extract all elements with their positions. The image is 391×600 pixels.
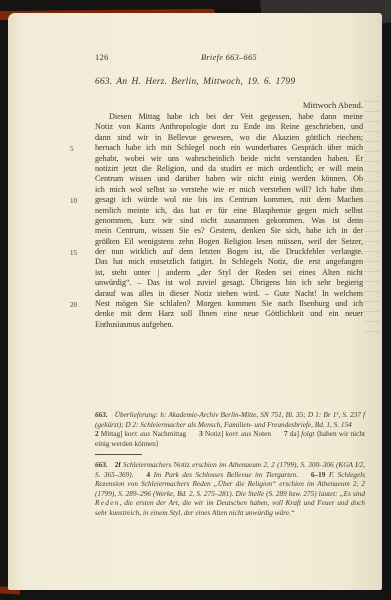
letter-dateline: Mittwoch Abend. bbox=[95, 100, 363, 110]
letter-line: notizirt jetzt die Religion, und da stud… bbox=[95, 164, 363, 174]
letter-line: darauf was alles in dieser Notiz stehen … bbox=[95, 289, 363, 299]
apparatus-run: 663. bbox=[95, 460, 108, 469]
letter-line: dann sind wir in Bellevue gewesen, wo di… bbox=[95, 133, 363, 143]
running-head: Briefe 663–665 bbox=[95, 53, 363, 62]
letter-line: Notiz von Kants Anthropologie dort zu En… bbox=[95, 122, 363, 132]
apparatus-run: Reden bbox=[95, 498, 120, 507]
margin-line-number: 5 bbox=[70, 144, 88, 154]
letter-line: 5hernach habe ich mit Schlegel noch ein … bbox=[95, 143, 363, 153]
apparatus-run: 6–19 bbox=[311, 470, 326, 479]
apparatus-run: 663. bbox=[95, 410, 108, 419]
letter-line: größten Eil wenigstens zehn Bogen Religi… bbox=[95, 237, 363, 247]
apparatus-run: folgt bbox=[301, 429, 314, 438]
letter-heading: 663. An H. Herz. Berlin, Mittwoch, 19. 6… bbox=[95, 77, 363, 87]
apparatus-run: , die ersten der Art, die wir im Deutsch… bbox=[95, 498, 365, 517]
apparatus-run: Überlieferung: h: Akademie-Archiv Berlin… bbox=[95, 410, 365, 429]
letter-line: ich mich wol selbst so verstehe wie er m… bbox=[95, 185, 363, 195]
letter-line: nemlich meinte ich, das hat er für eine … bbox=[95, 206, 363, 216]
apparatus-run: Mittag] bbox=[99, 429, 125, 438]
apparatus-run: korr. aus bbox=[226, 429, 252, 438]
apparatus-variants: 2 Mittag] korr. aus Nachmittag3 Notiz] k… bbox=[95, 429, 365, 448]
margin-line-number: 10 bbox=[70, 196, 88, 206]
apparatus-run: Im Park des Schlosses Bellevue im Tierga… bbox=[150, 470, 298, 479]
apparatus-run: Schleiermachers bbox=[121, 460, 174, 469]
letter-line: Enthusiasmus aufgehen. bbox=[95, 320, 363, 330]
letter-line: gehabt, wobei wir uns wahrscheinlich bei… bbox=[95, 154, 363, 164]
letter-line: mein Centrum, wissen Sie es? Gestern, de… bbox=[95, 226, 363, 236]
letter-line: Diesen Mittag habe ich bei der Veit gege… bbox=[95, 112, 363, 122]
apparatus-run: korr. aus bbox=[125, 429, 151, 438]
book-page: 126 Briefe 663–665 663. An H. Herz. Berl… bbox=[8, 13, 382, 590]
letter-line: Centrum wissen und darüber haben wir nic… bbox=[95, 174, 363, 184]
letter-line: genommen, kurz wir sind nicht zusammen g… bbox=[95, 216, 363, 226]
apparatus-transmission: 663.Überlieferung: h: Akademie-Archiv Be… bbox=[95, 410, 365, 429]
letter-line: 15der nun wirklich auf dem letzten Bogen… bbox=[95, 247, 363, 257]
letter-line: 20Nest mögen Sie schlafen? Morgen kommen… bbox=[95, 299, 363, 309]
apparatus-run: Notiz bbox=[174, 460, 190, 469]
letter-line: 10gesagt ich würde wol nie bis ins Centr… bbox=[95, 195, 363, 205]
letter-body: Diesen Mittag habe ich bei der Veit gege… bbox=[95, 112, 363, 330]
margin-line-number: 20 bbox=[70, 300, 88, 310]
apparatus-run: Noten bbox=[251, 429, 271, 438]
page-header: 126 Briefe 663–665 bbox=[95, 53, 363, 65]
page-showthrough bbox=[364, 101, 379, 336]
margin-line-number: 15 bbox=[70, 248, 88, 258]
apparatus-commentary: 663.2f Schleiermachers Notiz erschien im… bbox=[95, 460, 365, 517]
letter-line: unwürdig“. – Das ist wol zuviel gesagt. … bbox=[95, 278, 363, 288]
apparatus-run: Nachmittag bbox=[150, 429, 186, 438]
apparatus-run: da] bbox=[288, 429, 301, 438]
letter-line: Das hat mich entsetzlich fatigirt. In Sc… bbox=[95, 257, 363, 267]
footnote-separator-rule bbox=[95, 454, 142, 455]
letter-line: denke mit dem Harz soll Ihnen eine neue … bbox=[95, 309, 363, 319]
apparatus-run: Notiz] bbox=[203, 429, 226, 438]
letter-line: ist, steht unter | anderm „der Styl der … bbox=[95, 268, 363, 278]
